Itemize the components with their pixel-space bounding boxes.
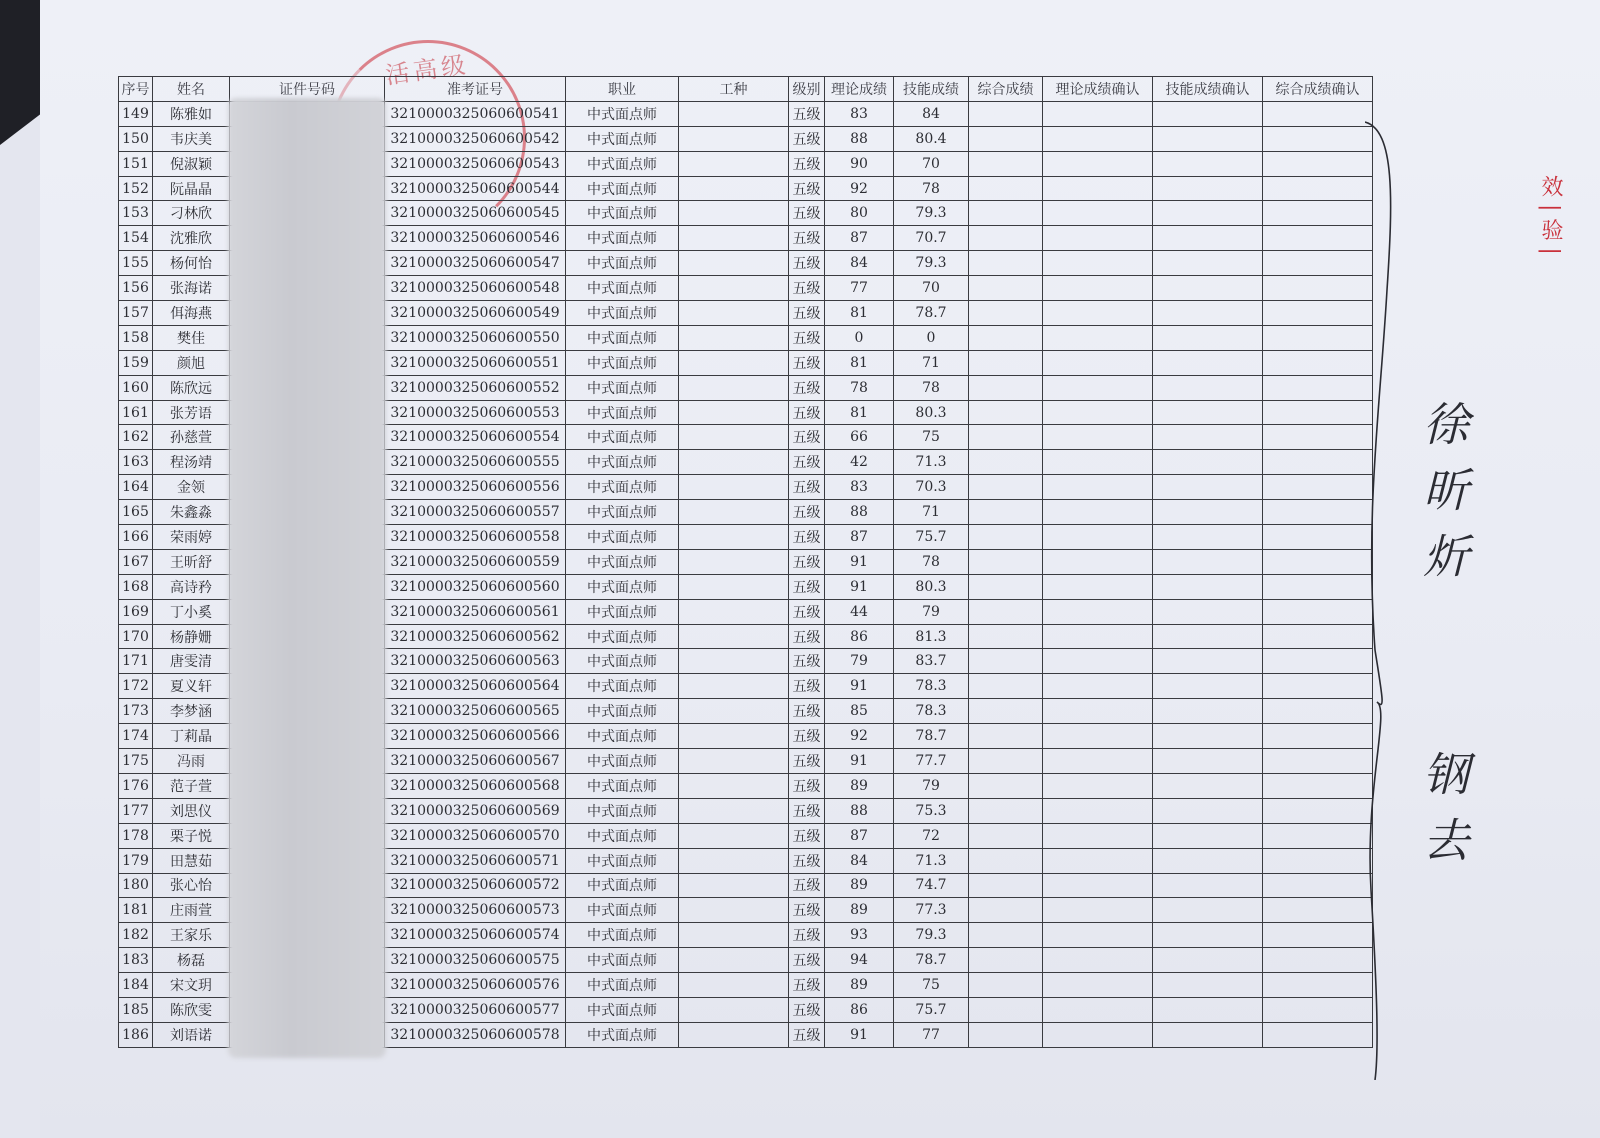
cell-name: 王昕舒 [153, 549, 230, 574]
cell-empty [1153, 500, 1263, 525]
cell-seq: 159 [119, 350, 153, 375]
cell-theory: 89 [825, 973, 894, 998]
cell-theory: 84 [825, 251, 894, 276]
cell-seq: 186 [119, 1022, 153, 1047]
cell-skill: 71 [894, 350, 969, 375]
cell-empty [969, 823, 1043, 848]
cell-skill: 74.7 [894, 873, 969, 898]
cell-empty [1263, 624, 1373, 649]
cell-exam-no: 3210000325060600547 [385, 251, 566, 276]
cell-trade [679, 873, 789, 898]
cell-empty [1043, 798, 1153, 823]
cell-empty [969, 549, 1043, 574]
cell-occupation: 中式面点师 [566, 375, 679, 400]
cell-occupation: 中式面点师 [566, 848, 679, 873]
cell-theory: 88 [825, 798, 894, 823]
cell-empty [969, 898, 1043, 923]
cell-seq: 155 [119, 251, 153, 276]
cell-trade [679, 325, 789, 350]
cell-skill: 79.3 [894, 923, 969, 948]
cell-skill: 78.7 [894, 301, 969, 326]
cell-seq: 162 [119, 425, 153, 450]
cell-empty [969, 425, 1043, 450]
cell-skill: 80.4 [894, 126, 969, 151]
cell-name: 陈雅如 [153, 101, 230, 126]
cell-empty [1153, 773, 1263, 798]
cell-empty [1043, 201, 1153, 226]
cell-theory: 88 [825, 500, 894, 525]
cell-name: 李梦涵 [153, 699, 230, 724]
cell-empty [1263, 549, 1373, 574]
cell-theory: 78 [825, 375, 894, 400]
cell-trade [679, 749, 789, 774]
cell-empty [1153, 450, 1263, 475]
cell-level: 五级 [789, 151, 825, 176]
cell-level: 五级 [789, 823, 825, 848]
cell-empty [1263, 997, 1373, 1022]
cell-empty [969, 973, 1043, 998]
cell-trade [679, 699, 789, 724]
cell-level: 五级 [789, 201, 825, 226]
cell-empty [1153, 973, 1263, 998]
cell-empty [1153, 375, 1263, 400]
cell-empty [1043, 350, 1153, 375]
cell-empty [969, 301, 1043, 326]
cell-trade [679, 500, 789, 525]
cell-seq: 175 [119, 749, 153, 774]
cell-seq: 161 [119, 400, 153, 425]
cell-level: 五级 [789, 126, 825, 151]
cell-skill: 72 [894, 823, 969, 848]
cell-level: 五级 [789, 997, 825, 1022]
cell-trade [679, 948, 789, 973]
cell-level: 五级 [789, 674, 825, 699]
cell-empty [1263, 375, 1373, 400]
cell-skill: 70.3 [894, 475, 969, 500]
cell-skill: 75.7 [894, 997, 969, 1022]
cell-empty [1153, 301, 1263, 326]
cell-empty [1043, 749, 1153, 774]
cell-empty [1153, 699, 1263, 724]
cell-exam-no: 3210000325060600571 [385, 848, 566, 873]
cell-empty [1263, 201, 1373, 226]
cell-seq: 181 [119, 898, 153, 923]
cell-name: 樊佳 [153, 325, 230, 350]
cell-level: 五级 [789, 101, 825, 126]
cell-exam-no: 3210000325060600569 [385, 798, 566, 823]
cell-empty [1153, 151, 1263, 176]
cell-empty [1263, 400, 1373, 425]
cell-seq: 167 [119, 549, 153, 574]
cell-level: 五级 [789, 923, 825, 948]
cell-level: 五级 [789, 475, 825, 500]
cell-exam-no: 3210000325060600541 [385, 101, 566, 126]
cell-occupation: 中式面点师 [566, 997, 679, 1022]
cell-empty [1153, 574, 1263, 599]
cell-empty [1263, 873, 1373, 898]
cell-level: 五级 [789, 226, 825, 251]
cell-trade [679, 375, 789, 400]
cell-empty [1153, 176, 1263, 201]
cell-exam-no: 3210000325060600565 [385, 699, 566, 724]
cell-skill: 75.7 [894, 525, 969, 550]
cell-name: 孙慈萱 [153, 425, 230, 450]
column-header: 姓名 [153, 77, 230, 102]
cell-trade [679, 475, 789, 500]
cell-empty [1153, 798, 1263, 823]
cell-empty [969, 101, 1043, 126]
cell-seq: 163 [119, 450, 153, 475]
cell-exam-no: 3210000325060600557 [385, 500, 566, 525]
cell-occupation: 中式面点师 [566, 276, 679, 301]
cell-name: 王家乐 [153, 923, 230, 948]
cell-empty [1153, 923, 1263, 948]
cell-empty [1043, 699, 1153, 724]
cell-empty [1043, 724, 1153, 749]
cell-occupation: 中式面点师 [566, 525, 679, 550]
cell-empty [1263, 176, 1373, 201]
cell-seq: 170 [119, 624, 153, 649]
cell-empty [1153, 599, 1263, 624]
cell-empty [969, 923, 1043, 948]
cell-exam-no: 3210000325060600549 [385, 301, 566, 326]
cell-exam-no: 3210000325060600568 [385, 773, 566, 798]
cell-empty [1043, 375, 1153, 400]
cell-empty [969, 400, 1043, 425]
cell-name: 张海诺 [153, 276, 230, 301]
cell-exam-no: 3210000325060600576 [385, 973, 566, 998]
cell-theory: 91 [825, 1022, 894, 1047]
cell-theory: 94 [825, 948, 894, 973]
cell-name: 张芳语 [153, 400, 230, 425]
cell-seq: 177 [119, 798, 153, 823]
cell-occupation: 中式面点师 [566, 500, 679, 525]
cell-empty [969, 1022, 1043, 1047]
cell-trade [679, 525, 789, 550]
cell-level: 五级 [789, 973, 825, 998]
cell-empty [1263, 574, 1373, 599]
cell-empty [1263, 525, 1373, 550]
redacted-id-region [228, 98, 386, 1058]
cell-empty [1043, 475, 1153, 500]
cell-seq: 182 [119, 923, 153, 948]
cell-empty [969, 375, 1043, 400]
cell-trade [679, 923, 789, 948]
handwritten-bracket [1365, 90, 1405, 1080]
cell-empty [969, 201, 1043, 226]
cell-trade [679, 898, 789, 923]
cell-trade [679, 251, 789, 276]
cell-seq: 156 [119, 276, 153, 301]
cell-empty [1263, 773, 1373, 798]
cell-occupation: 中式面点师 [566, 574, 679, 599]
cell-exam-no: 3210000325060600564 [385, 674, 566, 699]
cell-empty [969, 475, 1043, 500]
cell-name: 颜旭 [153, 350, 230, 375]
column-header: 准考证号 [385, 77, 566, 102]
cell-theory: 87 [825, 226, 894, 251]
cell-occupation: 中式面点师 [566, 126, 679, 151]
cell-theory: 89 [825, 873, 894, 898]
cell-skill: 78 [894, 375, 969, 400]
cell-occupation: 中式面点师 [566, 325, 679, 350]
cell-seq: 179 [119, 848, 153, 873]
cell-trade [679, 674, 789, 699]
cell-trade [679, 176, 789, 201]
cell-trade [679, 549, 789, 574]
cell-exam-no: 3210000325060600548 [385, 276, 566, 301]
cell-empty [969, 948, 1043, 973]
cell-empty [1043, 301, 1153, 326]
cell-seq: 150 [119, 126, 153, 151]
cell-empty [1153, 525, 1263, 550]
cell-theory: 89 [825, 773, 894, 798]
cell-occupation: 中式面点师 [566, 624, 679, 649]
cell-empty [1043, 126, 1153, 151]
cell-empty [969, 450, 1043, 475]
cell-occupation: 中式面点师 [566, 301, 679, 326]
cell-empty [1043, 400, 1153, 425]
cell-name: 范子萱 [153, 773, 230, 798]
cell-empty [969, 126, 1043, 151]
cell-exam-no: 3210000325060600555 [385, 450, 566, 475]
cell-exam-no: 3210000325060600542 [385, 126, 566, 151]
cell-empty [1263, 1022, 1373, 1047]
cell-seq: 152 [119, 176, 153, 201]
cell-empty [1043, 176, 1153, 201]
cell-theory: 87 [825, 525, 894, 550]
cell-empty [1263, 325, 1373, 350]
cell-empty [1263, 898, 1373, 923]
cell-empty [1263, 226, 1373, 251]
cell-name: 高诗矜 [153, 574, 230, 599]
cell-occupation: 中式面点师 [566, 749, 679, 774]
cell-empty [1043, 973, 1153, 998]
cell-seq: 158 [119, 325, 153, 350]
cell-occupation: 中式面点师 [566, 176, 679, 201]
cell-skill: 71.3 [894, 450, 969, 475]
cell-theory: 91 [825, 674, 894, 699]
cell-empty [1153, 226, 1263, 251]
cell-name: 金领 [153, 475, 230, 500]
cell-empty [1263, 923, 1373, 948]
cell-seq: 169 [119, 599, 153, 624]
cell-skill: 78.3 [894, 674, 969, 699]
cell-empty [969, 749, 1043, 774]
signature-1: 徐昕炘 [1410, 400, 1476, 598]
cell-seq: 185 [119, 997, 153, 1022]
cell-skill: 77 [894, 1022, 969, 1047]
cell-seq: 157 [119, 301, 153, 326]
cell-occupation: 中式面点师 [566, 475, 679, 500]
cell-exam-no: 3210000325060600556 [385, 475, 566, 500]
cell-empty [1153, 997, 1263, 1022]
cell-empty [1043, 226, 1153, 251]
cell-empty [969, 724, 1043, 749]
cell-empty [1263, 301, 1373, 326]
cell-empty [1043, 773, 1153, 798]
cell-theory: 88 [825, 126, 894, 151]
cell-occupation: 中式面点师 [566, 599, 679, 624]
cell-empty [1043, 425, 1153, 450]
cell-trade [679, 773, 789, 798]
cell-empty [1043, 898, 1153, 923]
cell-empty [1153, 674, 1263, 699]
cell-empty [1153, 649, 1263, 674]
cell-level: 五级 [789, 525, 825, 550]
cell-trade [679, 649, 789, 674]
column-header: 技能成绩确认 [1153, 77, 1263, 102]
cell-empty [1153, 400, 1263, 425]
cell-level: 五级 [789, 276, 825, 301]
cell-occupation: 中式面点师 [566, 350, 679, 375]
cell-trade [679, 301, 789, 326]
cell-theory: 81 [825, 301, 894, 326]
cell-empty [1153, 724, 1263, 749]
cell-empty [1043, 848, 1153, 873]
cell-skill: 78 [894, 176, 969, 201]
cell-empty [1153, 276, 1263, 301]
cell-theory: 84 [825, 848, 894, 873]
cell-level: 五级 [789, 749, 825, 774]
cell-empty [1263, 450, 1373, 475]
cell-empty [1263, 948, 1373, 973]
cell-empty [1153, 948, 1263, 973]
cell-skill: 78.7 [894, 948, 969, 973]
cell-empty [1043, 500, 1153, 525]
cell-name: 张心怡 [153, 873, 230, 898]
cell-name: 朱鑫淼 [153, 500, 230, 525]
cell-empty [969, 176, 1043, 201]
cell-occupation: 中式面点师 [566, 873, 679, 898]
cell-occupation: 中式面点师 [566, 674, 679, 699]
cell-trade [679, 724, 789, 749]
cell-empty [969, 873, 1043, 898]
cell-seq: 172 [119, 674, 153, 699]
cell-empty [1263, 276, 1373, 301]
cell-seq: 173 [119, 699, 153, 724]
cell-name: 佴海燕 [153, 301, 230, 326]
cell-level: 五级 [789, 176, 825, 201]
cell-level: 五级 [789, 325, 825, 350]
cell-trade [679, 798, 789, 823]
cell-empty [1153, 425, 1263, 450]
cell-theory: 83 [825, 101, 894, 126]
cell-empty [1043, 325, 1153, 350]
cell-level: 五级 [789, 798, 825, 823]
cell-level: 五级 [789, 624, 825, 649]
cell-empty [1263, 350, 1373, 375]
column-header: 理论成绩 [825, 77, 894, 102]
cell-empty [969, 276, 1043, 301]
cell-empty [1263, 649, 1373, 674]
cell-exam-no: 3210000325060600546 [385, 226, 566, 251]
cell-occupation: 中式面点师 [566, 251, 679, 276]
cell-empty [969, 674, 1043, 699]
cell-empty [1043, 599, 1153, 624]
cell-exam-no: 3210000325060600572 [385, 873, 566, 898]
cell-name: 刁林欣 [153, 201, 230, 226]
cell-empty [969, 226, 1043, 251]
column-header: 综合成绩 [969, 77, 1043, 102]
cell-empty [1263, 674, 1373, 699]
cell-empty [1043, 450, 1153, 475]
cell-seq: 149 [119, 101, 153, 126]
cell-name: 栗子悦 [153, 823, 230, 848]
cell-skill: 70.7 [894, 226, 969, 251]
cell-empty [1263, 151, 1373, 176]
cell-occupation: 中式面点师 [566, 226, 679, 251]
cell-empty [1153, 749, 1263, 774]
cell-occupation: 中式面点师 [566, 699, 679, 724]
cell-theory: 42 [825, 450, 894, 475]
cell-exam-no: 3210000325060600552 [385, 375, 566, 400]
cell-theory: 92 [825, 176, 894, 201]
cell-theory: 89 [825, 898, 894, 923]
cell-seq: 164 [119, 475, 153, 500]
cell-empty [1263, 425, 1373, 450]
cell-theory: 91 [825, 549, 894, 574]
cell-empty [1043, 276, 1153, 301]
cell-level: 五级 [789, 425, 825, 450]
cell-empty [969, 251, 1043, 276]
cell-empty [1153, 898, 1263, 923]
cell-empty [1043, 649, 1153, 674]
cell-empty [1263, 101, 1373, 126]
cell-level: 五级 [789, 500, 825, 525]
cell-empty [969, 848, 1043, 873]
cell-empty [1153, 873, 1263, 898]
edge-red-marks: 效 | 验 | [1548, 175, 1566, 405]
cell-theory: 92 [825, 724, 894, 749]
cell-level: 五级 [789, 450, 825, 475]
cell-empty [1043, 873, 1153, 898]
cell-trade [679, 350, 789, 375]
cell-level: 五级 [789, 375, 825, 400]
cell-theory: 86 [825, 624, 894, 649]
cell-occupation: 中式面点师 [566, 923, 679, 948]
cell-name: 庄雨萱 [153, 898, 230, 923]
cell-occupation: 中式面点师 [566, 425, 679, 450]
cell-occupation: 中式面点师 [566, 823, 679, 848]
cell-empty [1153, 624, 1263, 649]
cell-empty [1153, 549, 1263, 574]
cell-empty [1153, 475, 1263, 500]
cell-level: 五级 [789, 549, 825, 574]
cell-level: 五级 [789, 1022, 825, 1047]
cell-level: 五级 [789, 948, 825, 973]
cell-exam-no: 3210000325060600559 [385, 549, 566, 574]
cell-name: 韦庆美 [153, 126, 230, 151]
cell-trade [679, 599, 789, 624]
cell-trade [679, 574, 789, 599]
cell-trade [679, 126, 789, 151]
column-header: 理论成绩确认 [1043, 77, 1153, 102]
cell-skill: 84 [894, 101, 969, 126]
cell-trade [679, 624, 789, 649]
cell-theory: 83 [825, 475, 894, 500]
cell-trade [679, 450, 789, 475]
cell-exam-no: 3210000325060600566 [385, 724, 566, 749]
cell-empty [1263, 599, 1373, 624]
cell-skill: 81.3 [894, 624, 969, 649]
cell-occupation: 中式面点师 [566, 151, 679, 176]
cell-theory: 79 [825, 649, 894, 674]
cell-seq: 154 [119, 226, 153, 251]
cell-theory: 80 [825, 201, 894, 226]
cell-empty [1043, 923, 1153, 948]
cell-skill: 83.7 [894, 649, 969, 674]
